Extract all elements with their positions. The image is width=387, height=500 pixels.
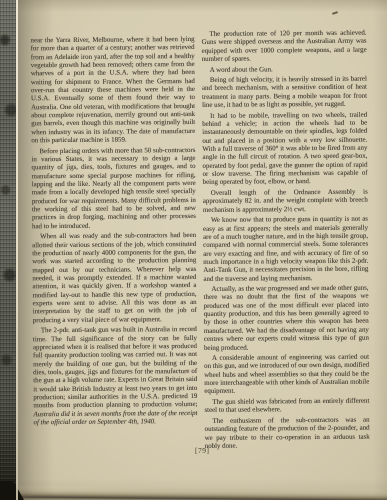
paragraph: It had to be mobile, travelling on two w… — [202, 111, 368, 187]
paragraph: The 2-pdr. anti-tank gun was built in Au… — [33, 326, 198, 427]
paragraph: Actually, as the war progressed and we m… — [203, 285, 369, 353]
paragraph-text: The 2-pdr. anti-tank gun was built in Au… — [33, 326, 198, 409]
text-column-left: near the Yarra River, Melbourne, where i… — [31, 36, 198, 430]
text-column-right: The production rate of 120 per month was… — [201, 30, 369, 454]
paragraph: A word about the Gun. — [202, 65, 367, 75]
gutter-shadow — [18, 0, 54, 500]
book-bottom-page-edges — [10, 486, 387, 500]
paragraph: near the Yarra River, Melbourne, where i… — [31, 36, 196, 146]
paragraph: Before placing orders with more than 50 … — [31, 147, 196, 232]
paragraph: A considerable amount of engineering was… — [204, 354, 369, 397]
paragraph: The production rate of 120 per month was… — [201, 30, 366, 65]
paragraph: Being of high velocity, it is heavily st… — [202, 76, 367, 111]
italic-emphasis-text: Australia did it in seven months from th… — [33, 410, 197, 427]
paragraph: Overall length of the Ordnance Assembly … — [203, 189, 368, 215]
page-edge-highlight — [16, 0, 18, 500]
page-text-area: near the Yarra River, Melbourne, where i… — [0, 0, 387, 500]
paragraph: We know now that to produce guns in quan… — [203, 216, 369, 284]
page-number: [79] — [16, 444, 387, 456]
paragraph: When all was ready and the sub-contracto… — [32, 232, 197, 325]
book-binding-edge — [0, 0, 16, 500]
paragraph: The gun shield was fabricated from an en… — [204, 398, 369, 416]
book-page-scan: near the Yarra River, Melbourne, where i… — [0, 0, 387, 500]
